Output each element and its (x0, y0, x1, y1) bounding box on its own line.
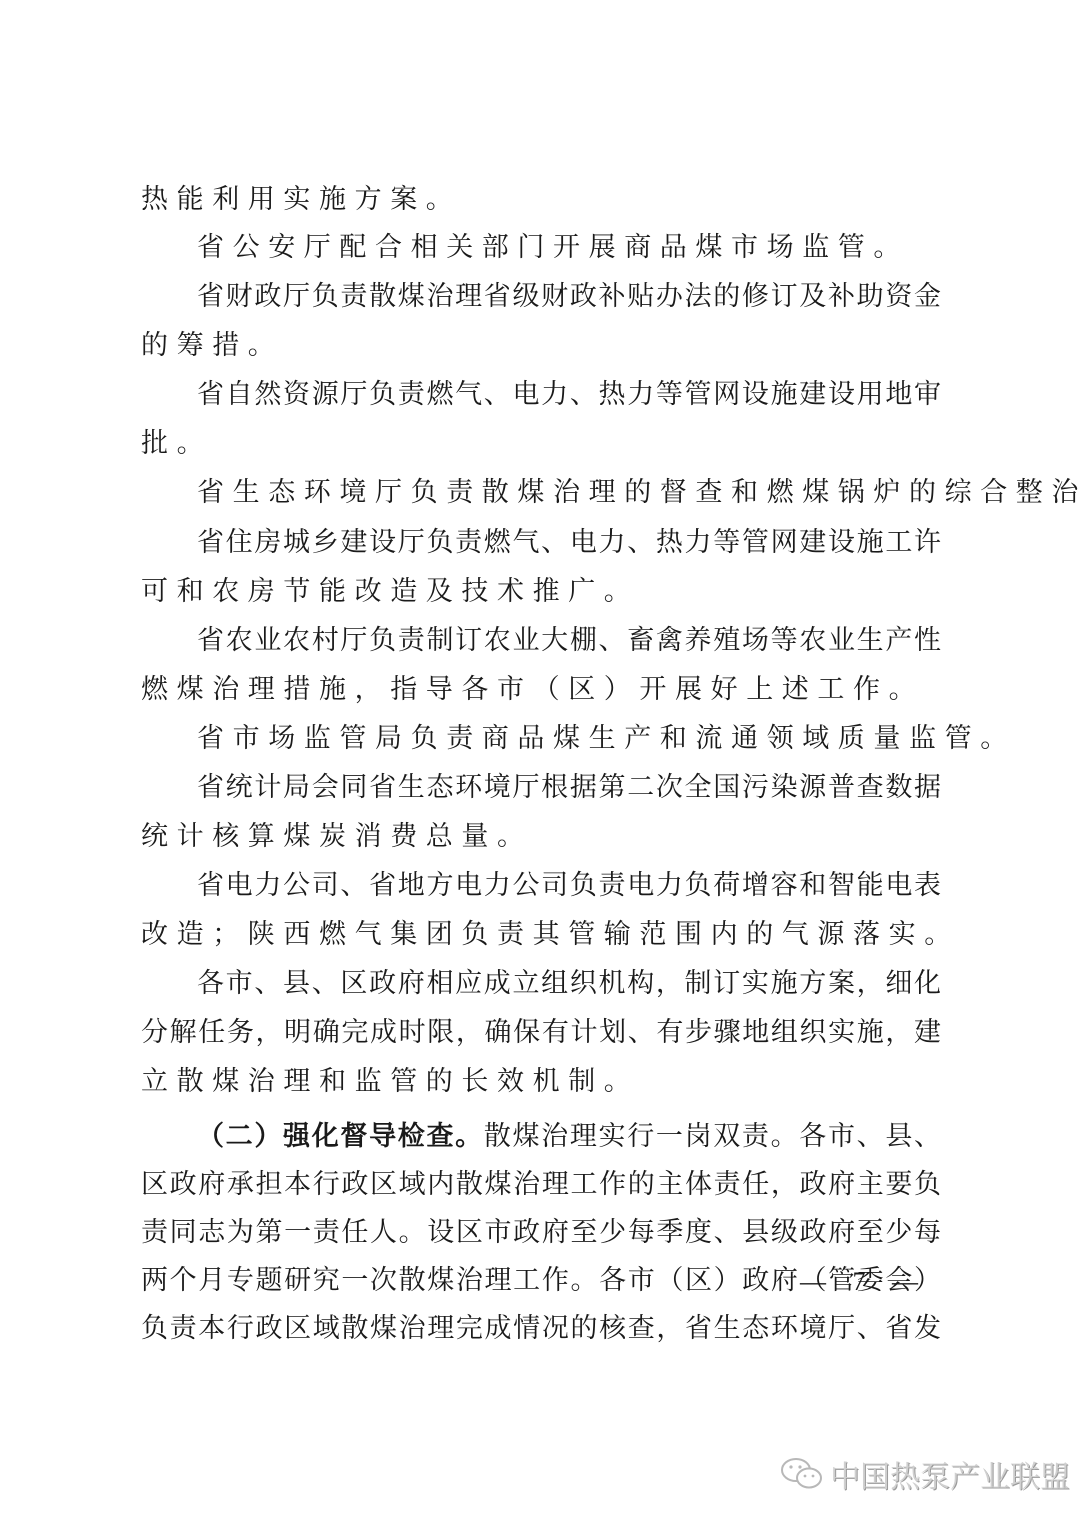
paragraph-line: 责同志为第一责任人。设区市政府至少每季度、县级政府至少每 (141, 1216, 941, 1250)
wechat-icon (780, 1456, 824, 1492)
section-heading-rest: 散煤治理实行一岗双责。各市、县、 (484, 1121, 941, 1152)
paragraph-line: 的筹措。 (141, 329, 941, 363)
paragraph-line: 省市场监管局负责商品煤生产和流通领域质量监管。 (197, 722, 997, 756)
document-page: 热能利用实施方案。省公安厅配合相关部门开展商品煤市场监管。省财政厅负责散煤治理省… (0, 0, 1080, 1528)
paragraph-line: 统计核算煤炭消费总量。 (141, 820, 941, 854)
paragraph-line: 燃煤治理措施，指导各市（区）开展好上述工作。 (141, 673, 941, 707)
paragraph-line: 批。 (141, 427, 941, 461)
paragraph-line: 省住房城乡建设厅负责燃气、电力、热力等管网建设施工许 (197, 526, 941, 560)
paragraph-line: 各市、县、区政府相应成立组织机构，制订实施方案，细化 (197, 967, 941, 1001)
section-heading: （二）强化督导检查。 (197, 1121, 484, 1152)
paragraph-line: 立散煤治理和监管的长效机制。 (141, 1065, 941, 1099)
paragraph-line: 省生态环境厅负责散煤治理的督查和燃煤锅炉的综合整治。 (197, 476, 997, 510)
paragraph-line: 热能利用实施方案。 (141, 183, 941, 217)
paragraph-line: 省公安厅配合相关部门开展商品煤市场监管。 (197, 231, 997, 265)
paragraph-line: 分解任务，明确完成时限，确保有计划、有步骤地组织实施，建 (141, 1016, 941, 1050)
paragraph-line: 省自然资源厅负责燃气、电力、热力等管网设施建设用地审 (197, 378, 941, 412)
paragraph-line: 可和农房节能改造及技术推广。 (141, 575, 941, 609)
paragraph-line: 改造；陕西燃气集团负责其管输范围内的气源落实。 (141, 918, 941, 952)
watermark-text: 中国热泵产业联盟 (830, 1452, 1070, 1496)
paragraph-line: 负责本行政区域散煤治理完成情况的核查，省生态环境厅、省发 (141, 1312, 941, 1346)
page-number: — 7 — (800, 1267, 928, 1297)
section-heading-line: （二）强化督导检查。散煤治理实行一岗双责。各市、县、 (197, 1120, 941, 1154)
paragraph-line: 省农业农村厅负责制订农业大棚、畜禽养殖场等农业生产性 (197, 624, 941, 658)
watermark: 中国热泵产业联盟 (780, 1452, 1070, 1496)
paragraph-line: 省财政厅负责散煤治理省级财政补贴办法的修订及补助资金 (197, 280, 941, 314)
paragraph-line: 省统计局会同省生态环境厅根据第二次全国污染源普查数据 (197, 771, 941, 805)
paragraph-line: 省电力公司、省地方电力公司负责电力负荷增容和智能电表 (197, 869, 941, 903)
paragraph-line: 区政府承担本行政区域内散煤治理工作的主体责任，政府主要负 (141, 1168, 941, 1202)
